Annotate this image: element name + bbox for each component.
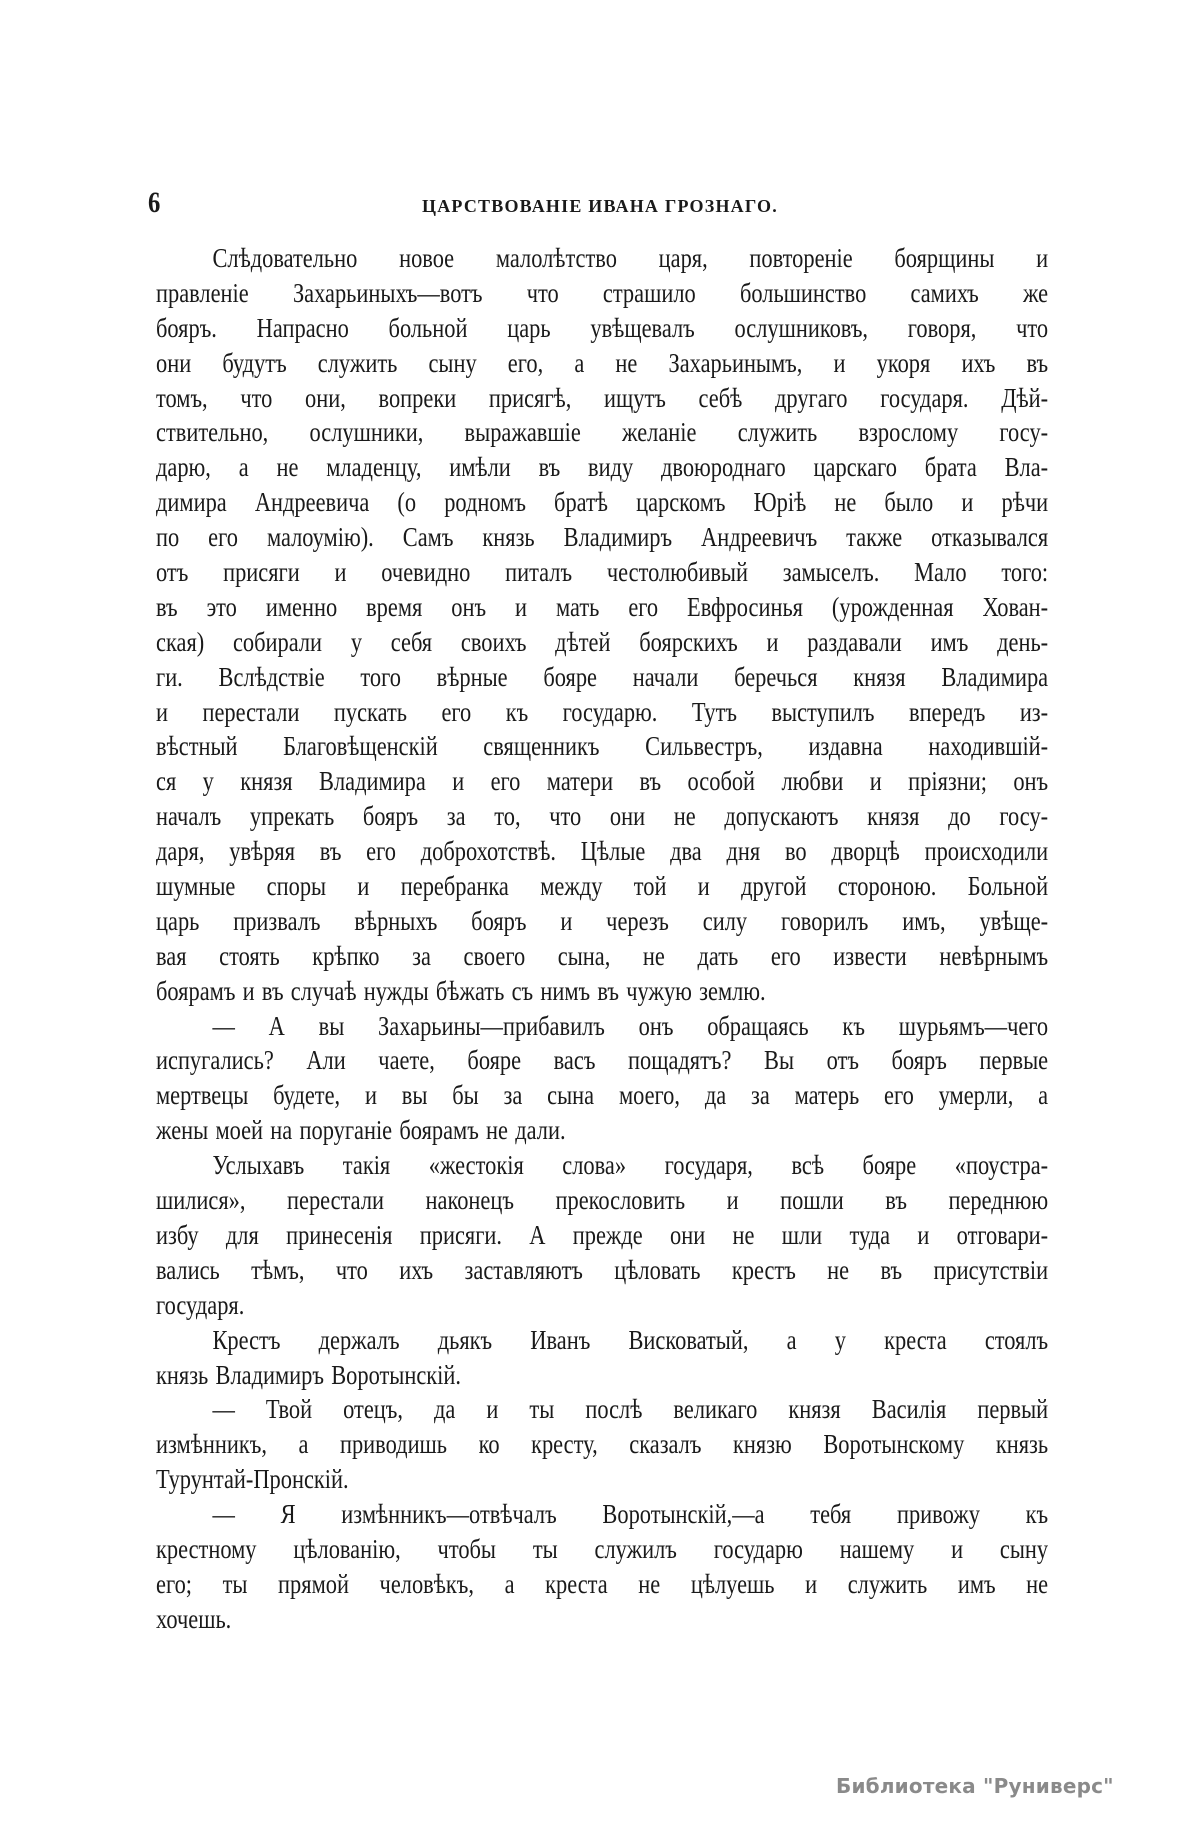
- text-line-content: испугались? Али чаете, бояре васъ пощадя…: [156, 1043, 1048, 1078]
- text-line-content: бояръ. Напрасно больной царь увѣщевалъ о…: [156, 311, 1048, 346]
- text-line: Крестъ держалъ дьякъ Иванъ Висковатый, а…: [156, 1323, 1048, 1358]
- text-line-content: вая стоять крѣпко за своего сына, не дат…: [156, 939, 1048, 974]
- text-line-content: жены моей на поруганіе боярамъ не дали.: [156, 1113, 1048, 1148]
- text-line-content: Слѣдовательно новое малолѣтство царя, по…: [156, 241, 1048, 276]
- text-line: шилися», перестали наконецъ прекословить…: [156, 1183, 1048, 1218]
- text-line: мертвецы будете, и вы бы за сына моего, …: [156, 1078, 1048, 1113]
- text-line-content: дарю, а не младенцу, имѣли въ виду двоюр…: [156, 450, 1048, 485]
- text-line: жены моей на поруганіе боярамъ не дали.: [156, 1113, 1048, 1148]
- text-line: измѣнникъ, а приводишь ко кресту, сказал…: [156, 1427, 1048, 1462]
- text-line: испугались? Али чаете, бояре васъ пощадя…: [156, 1043, 1048, 1078]
- text-line-content: шумные споры и перебранка между той и др…: [156, 869, 1048, 904]
- text-line-content: ская) собирали у себя своихъ дѣтей боярс…: [156, 625, 1048, 660]
- text-line: государя.: [156, 1288, 1048, 1323]
- body-text: Слѣдовательно новое малолѣтство царя, по…: [156, 241, 1048, 1637]
- text-line: вая стоять крѣпко за своего сына, не дат…: [156, 939, 1048, 974]
- text-line: избу для принесенія присяги. А прежде он…: [156, 1218, 1048, 1253]
- text-line-content: они будутъ служить сыну его, а не Захарь…: [156, 346, 1048, 381]
- text-line: крестному цѣлованію, чтобы ты служилъ го…: [156, 1532, 1048, 1567]
- page-number: 6: [148, 188, 160, 218]
- text-line: шумные споры и перебранка между той и др…: [156, 869, 1048, 904]
- text-line-content: томъ, что они, вопреки присягѣ, ищутъ се…: [156, 381, 1048, 416]
- text-line-content: ся у князя Владимира и его матери въ осо…: [156, 764, 1048, 799]
- text-line: вѣстный Благовѣщенскій священникъ Сильве…: [156, 729, 1048, 764]
- text-line: правленіе Захарьиныхъ—вотъ что страшило …: [156, 276, 1048, 311]
- library-watermark: Библиотека "Руниверс": [836, 1774, 1114, 1798]
- text-line-content: по его малоумію). Самъ князь Владимиръ А…: [156, 520, 1048, 555]
- text-line: его; ты прямой человѣкъ, а креста не цѣл…: [156, 1567, 1048, 1602]
- running-head: ЦАРСТВОВАНІЕ ИВАНА ГРОЗНАГО.: [300, 196, 900, 216]
- text-line-content: — Твой отецъ, да и ты послѣ великаго кня…: [156, 1392, 1048, 1427]
- text-line: Слѣдовательно новое малолѣтство царя, по…: [156, 241, 1048, 276]
- text-line: — Я измѣнникъ—отвѣчалъ Воротынскій,—а те…: [156, 1497, 1048, 1532]
- text-line: ги. Вслѣдствіе того вѣрные бояре начали …: [156, 660, 1048, 695]
- text-line: князь Владимиръ Воротынскій.: [156, 1358, 1048, 1393]
- text-line: бояръ. Напрасно больной царь увѣщевалъ о…: [156, 311, 1048, 346]
- text-line-content: государя.: [156, 1288, 1048, 1323]
- text-line-content: и перестали пускать его къ государю. Тут…: [156, 695, 1048, 730]
- text-line-content: ги. Вслѣдствіе того вѣрные бояре начали …: [156, 660, 1048, 695]
- text-line-content: хочешь.: [156, 1602, 1048, 1637]
- text-line-content: въ это именно время онъ и мать его Евфро…: [156, 590, 1048, 625]
- text-line: ская) собирали у себя своихъ дѣтей боярс…: [156, 625, 1048, 660]
- text-line-content: избу для принесенія присяги. А прежде он…: [156, 1218, 1048, 1253]
- text-line-content: даря, увѣряя въ его доброхотствѣ. Цѣлые …: [156, 834, 1048, 869]
- text-line: ся у князя Владимира и его матери въ осо…: [156, 764, 1048, 799]
- text-line-content: правленіе Захарьиныхъ—вотъ что страшило …: [156, 276, 1048, 311]
- book-page: 6 ЦАРСТВОВАНІЕ ИВАНА ГРОЗНАГО. Слѣдовате…: [0, 0, 1200, 1836]
- text-line: они будутъ служить сыну его, а не Захарь…: [156, 346, 1048, 381]
- text-line-content: началъ упрекать бояръ за то, что они не …: [156, 799, 1048, 834]
- text-line-content: — Я измѣнникъ—отвѣчалъ Воротынскій,—а те…: [156, 1497, 1048, 1532]
- text-line-content: — А вы Захарьины—прибавилъ онъ обращаясь…: [156, 1009, 1048, 1044]
- text-line-content: вѣстный Благовѣщенскій священникъ Сильве…: [156, 729, 1048, 764]
- text-line: хочешь.: [156, 1602, 1048, 1637]
- text-line-content: мертвецы будете, и вы бы за сына моего, …: [156, 1078, 1048, 1113]
- text-line-content: Крестъ держалъ дьякъ Иванъ Висковатый, а…: [156, 1323, 1048, 1358]
- text-line-content: крестному цѣлованію, чтобы ты служилъ го…: [156, 1532, 1048, 1567]
- text-line: царь призвалъ вѣрныхъ бояръ и черезъ сил…: [156, 904, 1048, 939]
- text-line-content: ствительно, ослушники, выражавшіе желані…: [156, 415, 1048, 450]
- text-line: димира Андреевича (о родномъ братѣ царск…: [156, 485, 1048, 520]
- text-line-content: измѣнникъ, а приводишь ко кресту, сказал…: [156, 1427, 1048, 1462]
- text-line-content: его; ты прямой человѣкъ, а креста не цѣл…: [156, 1567, 1048, 1602]
- text-line-content: димира Андреевича (о родномъ братѣ царск…: [156, 485, 1048, 520]
- text-line: — А вы Захарьины—прибавилъ онъ обращаясь…: [156, 1009, 1048, 1044]
- text-line: дарю, а не младенцу, имѣли въ виду двоюр…: [156, 450, 1048, 485]
- text-line-content: боярамъ и въ случаѣ нужды бѣжать съ нимъ…: [156, 974, 1048, 1009]
- text-line-content: вались тѣмъ, что ихъ заставляютъ цѣловат…: [156, 1253, 1048, 1288]
- text-line: Турунтай-Пронскій.: [156, 1462, 1048, 1497]
- text-line: въ это именно время онъ и мать его Евфро…: [156, 590, 1048, 625]
- text-line: боярамъ и въ случаѣ нужды бѣжать съ нимъ…: [156, 974, 1048, 1009]
- text-line: и перестали пускать его къ государю. Тут…: [156, 695, 1048, 730]
- text-line: — Твой отецъ, да и ты послѣ великаго кня…: [156, 1392, 1048, 1427]
- text-line: томъ, что они, вопреки присягѣ, ищутъ се…: [156, 381, 1048, 416]
- text-line: ствительно, ослушники, выражавшіе желані…: [156, 415, 1048, 450]
- text-line: даря, увѣряя въ его доброхотствѣ. Цѣлые …: [156, 834, 1048, 869]
- text-line-content: шилися», перестали наконецъ прекословить…: [156, 1183, 1048, 1218]
- text-line-content: князь Владимиръ Воротынскій.: [156, 1358, 1048, 1393]
- text-line: Услыхавъ такія «жестокія слова» государя…: [156, 1148, 1048, 1183]
- text-line-content: отъ присяги и очевидно питалъ честолюбив…: [156, 555, 1048, 590]
- text-line-content: царь призвалъ вѣрныхъ бояръ и черезъ сил…: [156, 904, 1048, 939]
- text-line: по его малоумію). Самъ князь Владимиръ А…: [156, 520, 1048, 555]
- text-line: отъ присяги и очевидно питалъ честолюбив…: [156, 555, 1048, 590]
- text-line-content: Турунтай-Пронскій.: [156, 1462, 1048, 1497]
- text-line: началъ упрекать бояръ за то, что они не …: [156, 799, 1048, 834]
- text-line-content: Услыхавъ такія «жестокія слова» государя…: [156, 1148, 1048, 1183]
- text-line: вались тѣмъ, что ихъ заставляютъ цѣловат…: [156, 1253, 1048, 1288]
